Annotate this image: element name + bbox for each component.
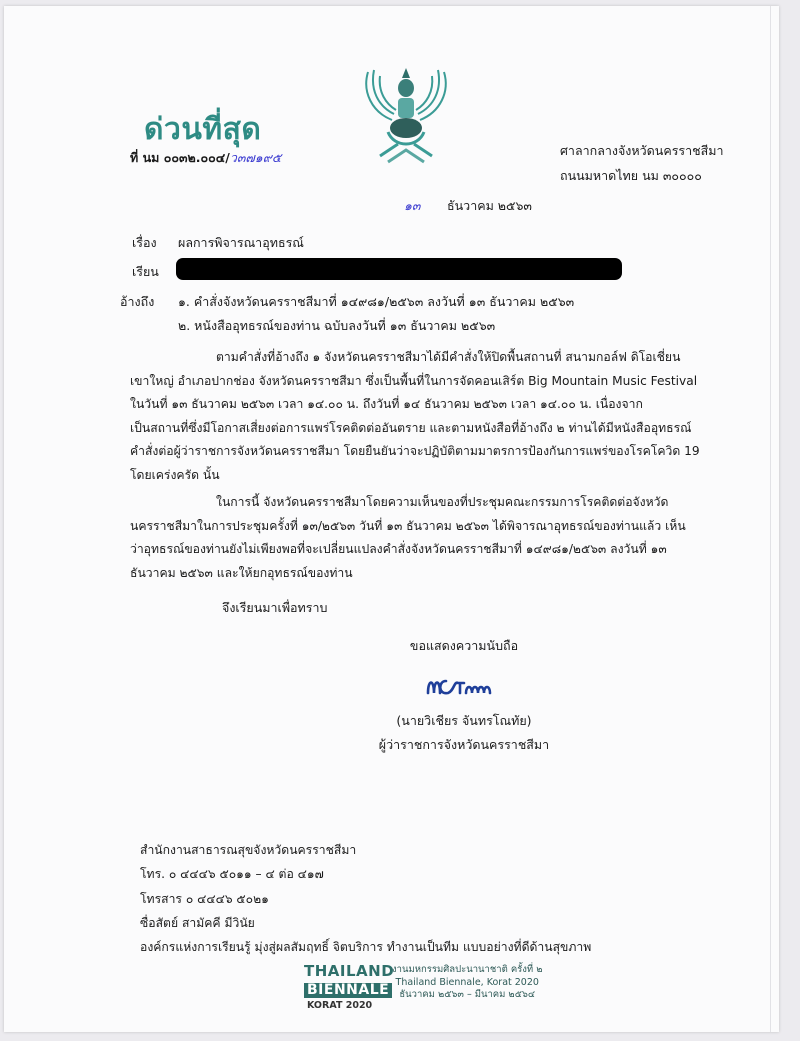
document-number-prefix: ที่ นม ๐๐๓๒.๐๐๔/	[130, 150, 230, 165]
body-paragraph-2: ในการนี้ จังหวัดนครราชสีมาโดยความเห็นของ…	[130, 491, 730, 585]
redacted-recipient	[176, 258, 622, 280]
biennale-logo-line-1: THAILAND	[304, 964, 384, 979]
closing-line: จึงเรียนมาเพื่อทราบ	[222, 598, 327, 618]
paragraph-line: ธันวาคม ๒๕๖๓ และให้ยกอุทธรณ์ของท่าน	[130, 562, 730, 586]
document-number-handwritten: ว๓๗๑๙๕	[230, 150, 282, 165]
paragraph-line: คำสั่งต่อผู้ว่าราชการจังหวัดนครราชสีมา โ…	[130, 440, 730, 464]
biennale-text-line: งานมหกรรมศิลปะนานาชาติ ครั้งที่ ๒	[392, 964, 542, 977]
sender-address-line-2: ถนนมหาดไทย นม ๓๐๐๐๐	[560, 166, 702, 186]
footer-values: ซื่อสัตย์ สามัคคี มีวินัย	[140, 914, 255, 933]
reference-1: ๑. คำสั่งจังหวัดนครราชสีมาที่ ๑๔๙๘๑/๒๕๖๓…	[178, 292, 574, 312]
date-month-year: ธันวาคม ๒๕๖๓	[447, 196, 532, 216]
page-edge	[770, 6, 771, 1032]
paragraph-line: โดยเคร่งครัด นั้น	[130, 464, 730, 488]
biennale-text: งานมหกรรมศิลปะนานาชาติ ครั้งที่ ๒ Thaila…	[392, 964, 542, 1002]
paragraph-line: เขาใหญ่ อำเภอปากช่อง จังหวัดนครราชสีมา ซ…	[130, 370, 730, 394]
biennale-logo-line-3: KORAT 2020	[304, 1000, 384, 1011]
biennale-logo-line-2: BIENNALE	[304, 983, 392, 998]
signer-name: (นายวิเชียร จันทรโณทัย)	[344, 711, 584, 731]
body-paragraph-1: ตามคำสั่งที่อ้างถึง ๑ จังหวัดนครราชสีมาไ…	[130, 346, 730, 487]
paragraph-line: นครราชสีมาในการประชุมครั้งที่ ๑๓/๒๕๖๓ วั…	[130, 515, 730, 539]
signature-icon	[424, 671, 504, 701]
footer-motto: องค์กรแห่งการเรียนรู้ มุ่งสู่ผลสัมฤทธิ์ …	[140, 938, 591, 957]
paragraph-line: เป็นสถานที่ซึ่งมีโอกาสเสี่ยงต่อการแพร่โร…	[130, 417, 730, 441]
paragraph-line: ในการนี้ จังหวัดนครราชสีมาโดยความเห็นของ…	[130, 491, 730, 515]
signer-title: ผู้ว่าราชการจังหวัดนครราชสีมา	[344, 735, 584, 755]
garuda-emblem-icon	[358, 62, 454, 170]
document-number: ที่ นม ๐๐๓๒.๐๐๔/ว๓๗๑๙๕	[130, 148, 281, 168]
reference-2: ๒. หนังสืออุทธรณ์ของท่าน ฉบับลงวันที่ ๑๓…	[178, 316, 495, 336]
recipient-label: เรียน	[132, 262, 159, 282]
biennale-text-line: ธันวาคม ๒๕๖๓ – มีนาคม ๒๕๖๔	[392, 989, 542, 1002]
paragraph-line: ในวันที่ ๑๓ ธันวาคม ๒๕๖๓ เวลา ๑๔.๐๐ น. ถ…	[130, 393, 730, 417]
thailand-biennale-logo: THAILAND BIENNALE KORAT 2020	[304, 964, 384, 1011]
subject-label: เรื่อง	[132, 233, 157, 253]
priority-heading: ด่วนที่สุด	[144, 106, 261, 153]
reference-label: อ้างถึง	[120, 292, 154, 312]
footer-fax: โทรสาร ๐ ๔๔๔๖ ๕๐๒๑	[140, 890, 269, 909]
footer-phone: โทร. ๐ ๔๔๔๖ ๕๐๑๑ – ๔ ต่อ ๔๑๗	[140, 865, 324, 884]
subject-text: ผลการพิจารณาอุทธรณ์	[178, 233, 304, 253]
footer-office: สำนักงานสาธารณสุขจังหวัดนครราชสีมา	[140, 841, 356, 860]
paragraph-line: ตามคำสั่งที่อ้างถึง ๑ จังหวัดนครราชสีมาไ…	[130, 346, 730, 370]
biennale-text-line: Thailand Biennale, Korat 2020	[392, 977, 542, 990]
salutation: ขอแสดงความนับถือ	[344, 636, 584, 656]
date-day: ๑๓	[404, 196, 420, 216]
sender-address-line-1: ศาลากลางจังหวัดนครราชสีมา	[560, 141, 724, 161]
paragraph-line: ว่าอุทธรณ์ของท่านยังไม่เพียงพอที่จะเปลี่…	[130, 538, 730, 562]
letter-page: ด่วนที่สุด ที่ นม ๐๐๓๒.๐๐๔/ว๓๗๑๙๕ ศาลากล…	[4, 6, 779, 1032]
